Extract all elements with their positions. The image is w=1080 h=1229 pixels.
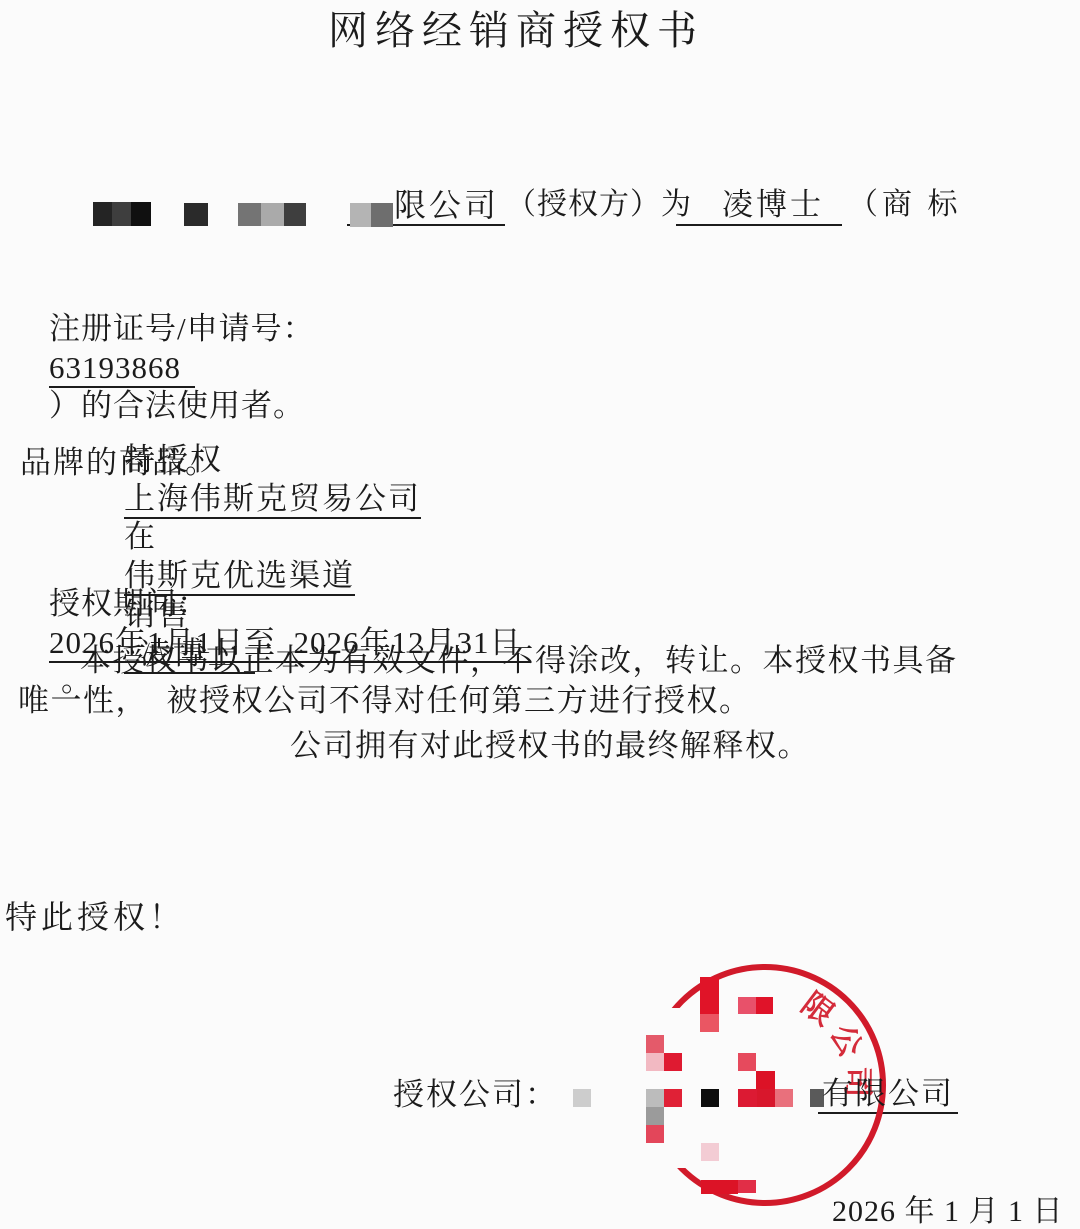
redaction-cell [112,202,131,226]
authorizer-company-suffix: 限公司 [394,185,499,225]
terms-line-3: 公司拥有对此授权书的最终解释权。 [290,727,810,766]
dealer-company: 上海伟斯克贸易公司 [124,481,421,519]
brand-name: 凌博士 [722,186,824,225]
authorization-document: 限公司 网络经销商授权书 限公司 （授权方）为 凌博士 （商 标 注册证号/申请… [0,0,1080,1229]
trademark-open-text: （商 标 [848,186,962,224]
terms-line-1: 本授权书以正本为有效文件，不得涂改，转让。本授权书具备 [80,642,958,681]
redaction-cell [93,202,112,226]
signature-label: 授权公司： [393,1076,558,1115]
authorizer-role-text: （授权方）为 [506,186,692,224]
redaction-cell [261,203,284,226]
period-label: 授权期间： [49,586,209,621]
signature-company-suffix: 有限公司 [822,1075,954,1114]
redaction-cell [238,203,261,226]
closing-statement: 特此授权！ [5,897,185,937]
redaction-cell [131,202,151,226]
signature-date: 2026 年 1 月 1 日 [832,1193,1064,1229]
grant-line-2: 品牌的商品。 [20,444,218,483]
redaction-cell [284,203,306,226]
redaction-cell [573,1089,591,1107]
registration-number: 63193868 [49,350,195,388]
registration-label: 注册证号/申请号： [49,311,315,346]
document-title: 网络经销商授权书 [328,6,704,56]
terms-line-2: 唯一性， 被授权公司不得对任何第三方进行授权。 [18,682,752,721]
redaction-cell [184,203,208,226]
